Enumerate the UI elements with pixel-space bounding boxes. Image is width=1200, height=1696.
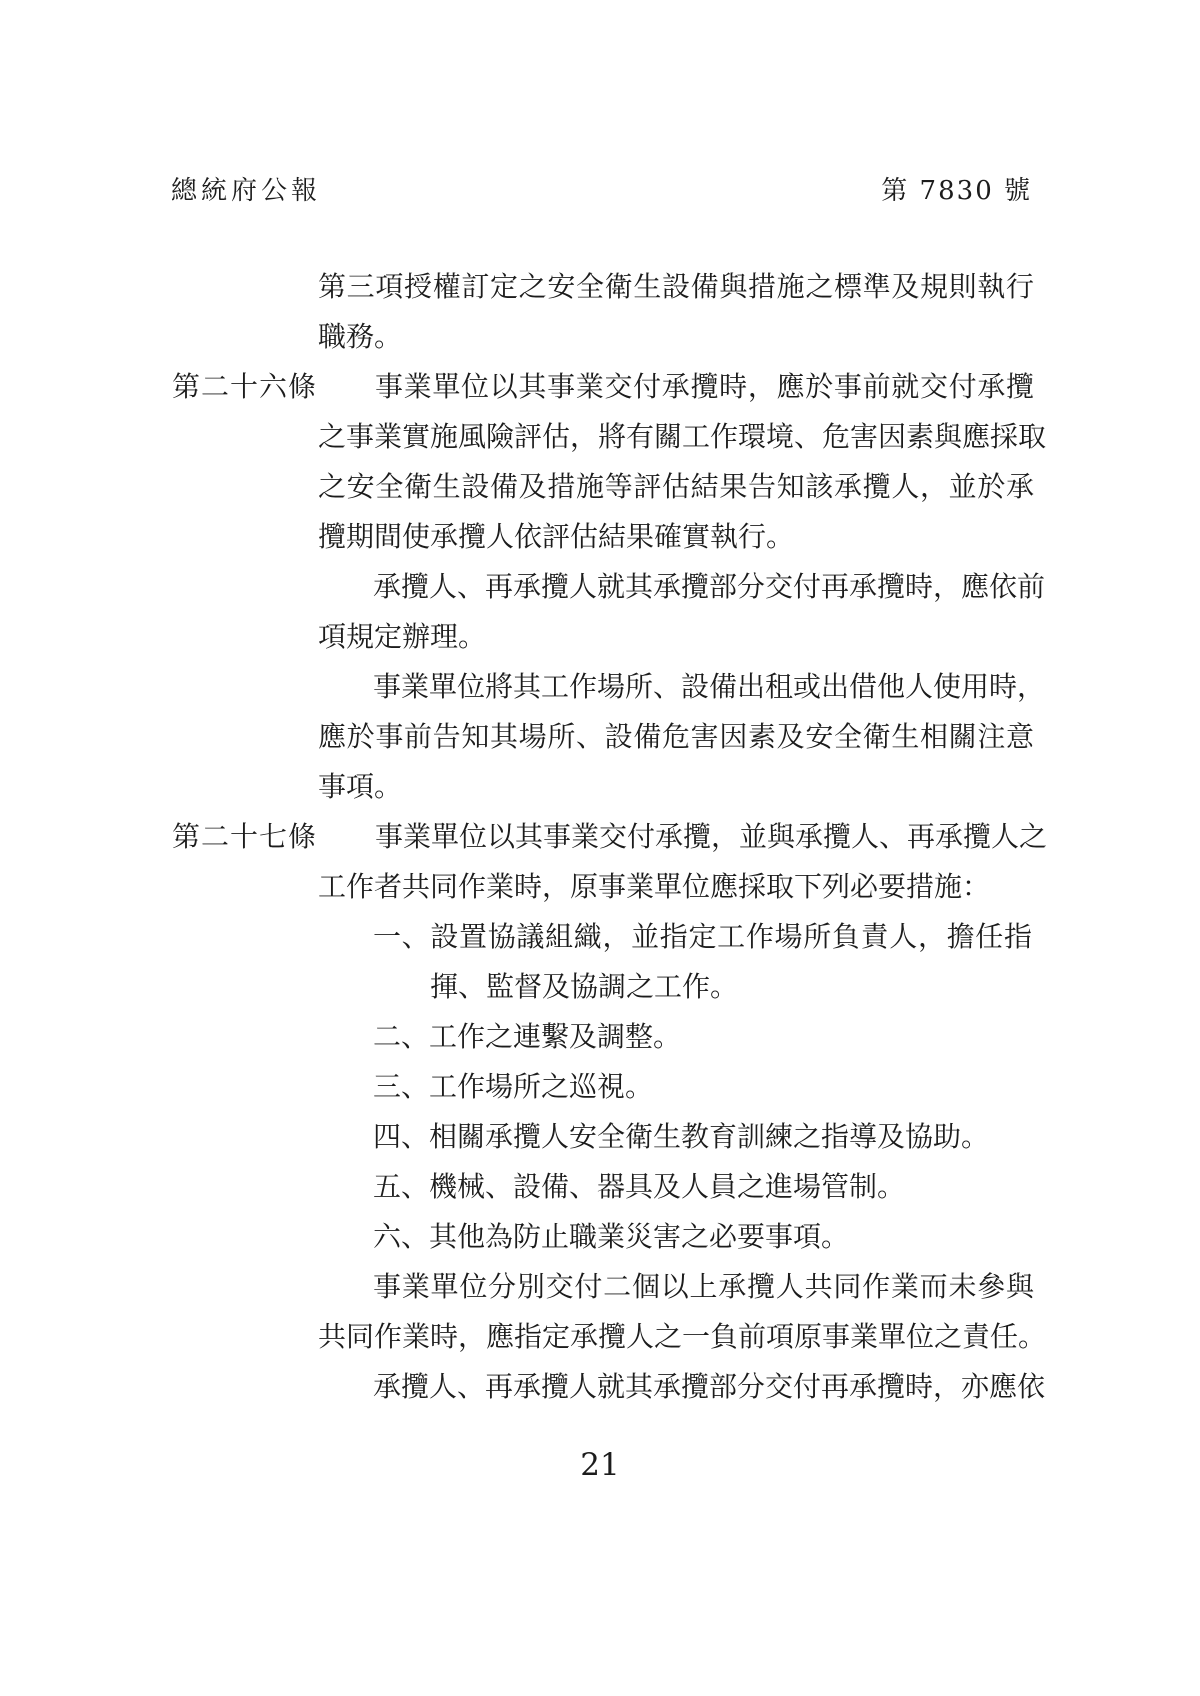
text-line: 事業單位分別交付二個以上承攬人共同作業而未參與 xyxy=(0,1262,1200,1312)
text-line: 三、工作場所之巡視。 xyxy=(0,1062,1200,1112)
text-line: 揮、監督及協調之工作。 xyxy=(0,962,1200,1012)
document-body: 第三項授權訂定之安全衛生設備與措施之標準及規則執行職務。第二十六條事業單位以其事… xyxy=(0,262,1200,1422)
line-text: 應於事前告知其場所、設備危害因素及安全衛生相關注意 xyxy=(318,712,1034,762)
line-text: 之安全衛生設備及措施等評估結果告知該承攬人，並於承 xyxy=(318,462,1034,512)
text-line: 事業單位將其工作場所、設備出租或出借他人使用時， xyxy=(0,662,1200,712)
line-text: 攬期間使承攬人依評估結果確實執行。 xyxy=(318,512,1034,562)
line-text: 項規定辦理。 xyxy=(318,612,1034,662)
text-line: 應於事前告知其場所、設備危害因素及安全衛生相關注意 xyxy=(0,712,1200,762)
line-text: 第三項授權訂定之安全衛生設備與措施之標準及規則執行 xyxy=(318,262,1034,312)
line-text: 二、工作之連繫及調整。 xyxy=(373,1012,1032,1062)
line-text: 事業單位以其事業交付承攬，並與承攬人、再承攬人之 xyxy=(375,812,1034,862)
line-text: 職務。 xyxy=(318,312,1034,362)
publication-title: 總統府公報 xyxy=(171,170,321,207)
gazette-page: 總統府公報 第 7830 號 第三項授權訂定之安全衛生設備與措施之標準及規則執行… xyxy=(0,0,1200,1696)
line-text: 共同作業時，應指定承攬人之一負前項原事業單位之責任。 xyxy=(318,1312,1034,1362)
text-line: 二、工作之連繫及調整。 xyxy=(0,1012,1200,1062)
line-text: 三、工作場所之巡視。 xyxy=(373,1062,1032,1112)
line-text: 一、設置協議組織，並指定工作場所負責人，擔任指 xyxy=(373,912,1032,962)
text-line: 之安全衛生設備及措施等評估結果告知該承攬人，並於承 xyxy=(0,462,1200,512)
article-number-label: 第二十七條 xyxy=(172,812,322,862)
line-text: 承攬人、再承攬人就其承攬部分交付再承攬時，亦應依 xyxy=(373,1362,1034,1412)
text-line: 第三項授權訂定之安全衛生設備與措施之標準及規則執行 xyxy=(0,262,1200,312)
article-number-label: 第二十六條 xyxy=(172,362,322,412)
line-text: 事業單位分別交付二個以上承攬人共同作業而未參與 xyxy=(373,1262,1034,1312)
line-text: 之事業實施風險評估，將有關工作環境、危害因素與應採取 xyxy=(318,412,1034,462)
text-line: 五、機械、設備、器具及人員之進場管制。 xyxy=(0,1162,1200,1212)
line-text: 揮、監督及協調之工作。 xyxy=(430,962,1032,1012)
text-line: 事項。 xyxy=(0,762,1200,812)
text-line: 第二十七條事業單位以其事業交付承攬，並與承攬人、再承攬人之 xyxy=(0,812,1200,862)
line-text: 事業單位以其事業交付承攬時，應於事前就交付承攬 xyxy=(375,362,1034,412)
text-line: 共同作業時，應指定承攬人之一負前項原事業單位之責任。 xyxy=(0,1312,1200,1362)
page-number: 21 xyxy=(0,1447,1200,1483)
line-text: 四、相關承攬人安全衛生教育訓練之指導及協助。 xyxy=(373,1112,1032,1162)
text-line: 四、相關承攬人安全衛生教育訓練之指導及協助。 xyxy=(0,1112,1200,1162)
text-line: 六、其他為防止職業災害之必要事項。 xyxy=(0,1212,1200,1262)
line-text: 承攬人、再承攬人就其承攬部分交付再承攬時，應依前 xyxy=(373,562,1034,612)
text-line: 之事業實施風險評估，將有關工作環境、危害因素與應採取 xyxy=(0,412,1200,462)
text-line: 承攬人、再承攬人就其承攬部分交付再承攬時，亦應依 xyxy=(0,1362,1200,1412)
text-line: 職務。 xyxy=(0,312,1200,362)
line-text: 事業單位將其工作場所、設備出租或出借他人使用時， xyxy=(373,662,1034,712)
line-text: 工作者共同作業時，原事業單位應採取下列必要措施： xyxy=(318,862,1034,912)
issue-number: 第 7830 號 xyxy=(881,170,1032,207)
text-line: 攬期間使承攬人依評估結果確實執行。 xyxy=(0,512,1200,562)
text-line: 第二十六條事業單位以其事業交付承攬時，應於事前就交付承攬 xyxy=(0,362,1200,412)
line-text: 事項。 xyxy=(318,762,1034,812)
text-line: 項規定辦理。 xyxy=(0,612,1200,662)
text-line: 一、設置協議組織，並指定工作場所負責人，擔任指 xyxy=(0,912,1200,962)
text-line: 承攬人、再承攬人就其承攬部分交付再承攬時，應依前 xyxy=(0,562,1200,612)
line-text: 六、其他為防止職業災害之必要事項。 xyxy=(373,1212,1032,1262)
text-line: 工作者共同作業時，原事業單位應採取下列必要措施： xyxy=(0,862,1200,912)
line-text: 五、機械、設備、器具及人員之進場管制。 xyxy=(373,1162,1032,1212)
